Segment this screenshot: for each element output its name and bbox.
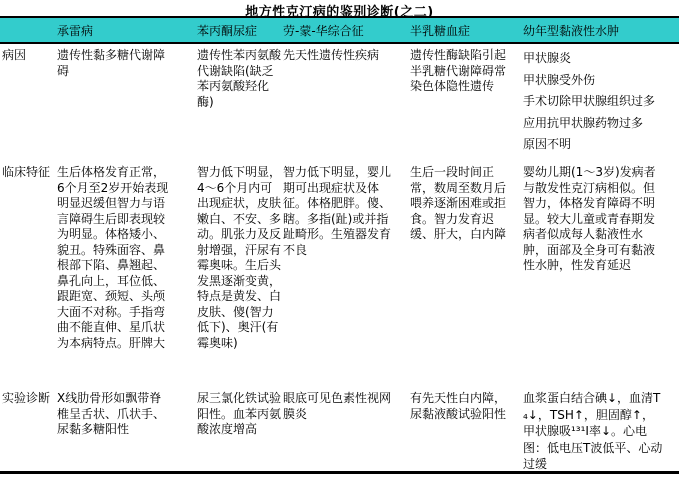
column-header-chengleibing: 承雷病 <box>57 22 197 39</box>
column-header-juvenile-myxedema: 幼年型黏液性水肿 <box>523 22 679 39</box>
table-cell: 遗传性黏多糖代谢障碍 <box>57 44 197 79</box>
page-title: 地方性克汀病的鉴别诊断(之二) <box>0 0 679 16</box>
table-cell: 先天性遗传性疾病 <box>283 44 410 64</box>
table-cell: 眼底可见色素性视网膜炎 <box>283 387 410 422</box>
table-cell: 甲状腺炎 甲状腺受外伤 手术切除甲状腺组织过多 应用抗甲状腺药物过多 原因不明 <box>523 44 679 156</box>
table-header-row: 承雷病 苯丙酮尿症 劳-蒙-华综合征 半乳糖血症 幼年型黏液性水肿 <box>0 16 679 44</box>
column-header-galactosemia: 半乳糖血症 <box>410 22 523 39</box>
table-cell: 尿三氯化铁试验阳性。血苯丙氨酸浓度增高 <box>197 387 283 438</box>
table-row-etiology: 病因 遗传性黏多糖代谢障碍 遗传性苯丙氨酸代谢缺陷(缺乏苯丙氨酸羟化酶) 先天性… <box>0 44 679 161</box>
table-cell: 遗传性酶缺陷引起半乳糖代谢障碍常染色体隐性遗传 <box>410 44 523 95</box>
table-cell: X线肋骨形如飘带脊椎呈舌状、爪状手、尿黏多糖阳性 <box>57 387 197 438</box>
table-cell: 生后体格发育正常，6个月至2岁开始表现明显迟缓但智力与语言障碍生后即表现较为明显… <box>57 161 197 351</box>
row-label-etiology: 病因 <box>0 44 57 64</box>
table-cell: 有先天性白内障，尿黏液酸试验阳性 <box>410 387 523 422</box>
diagnosis-table: 承雷病 苯丙酮尿症 劳-蒙-华综合征 半乳糖血症 幼年型黏液性水肿 病因 遗传性… <box>0 16 679 474</box>
page: 地方性克汀病的鉴别诊断(之二) 承雷病 苯丙酮尿症 劳-蒙-华综合征 半乳糖血症… <box>0 0 679 481</box>
table-cell: 血浆蛋白结合碘↓，血清T₄↓，TSH↑，胆固醇↑，甲状腺吸¹³¹I率↓。心电图：… <box>523 387 679 473</box>
table-cell: 智力低下明显，婴儿期可出现症状及体征。体格肥胖。傻、瞎。多指(趾)或并指趾畸形。… <box>283 161 410 258</box>
row-label-clinical-features: 临床特征 <box>0 161 57 181</box>
table-cell: 遗传性苯丙氨酸代谢缺陷(缺乏苯丙氨酸羟化酶) <box>197 44 283 110</box>
column-header-pku: 苯丙酮尿症 <box>197 22 283 39</box>
table-cell: 生后一段时间正常，数周至数月后喂养逐渐困难或拒食。智力发育迟缓、肝大，白内障 <box>410 161 523 243</box>
table-row-lab-diagnosis: 实验诊断 X线肋骨形如飘带脊椎呈舌状、爪状手、尿黏多糖阳性 尿三氯化铁试验阳性。… <box>0 387 679 471</box>
table-cell: 婴幼儿期(1～3岁)发病者与散发性克汀病相似。但智力，体格发育障碍不明显。较大儿… <box>523 161 679 274</box>
row-label-lab-diagnosis: 实验诊断 <box>0 387 57 407</box>
table-cell: 智力低下明显，4～6个月内可出现症状，皮肤嫩白、不安、多动。肌张力及反射增强，汗… <box>197 161 283 351</box>
table-row-clinical-features: 临床特征 生后体格发育正常，6个月至2岁开始表现明显迟缓但智力与语言障碍生后即表… <box>0 161 679 387</box>
column-header-lmb-syndrome: 劳-蒙-华综合征 <box>283 22 410 39</box>
